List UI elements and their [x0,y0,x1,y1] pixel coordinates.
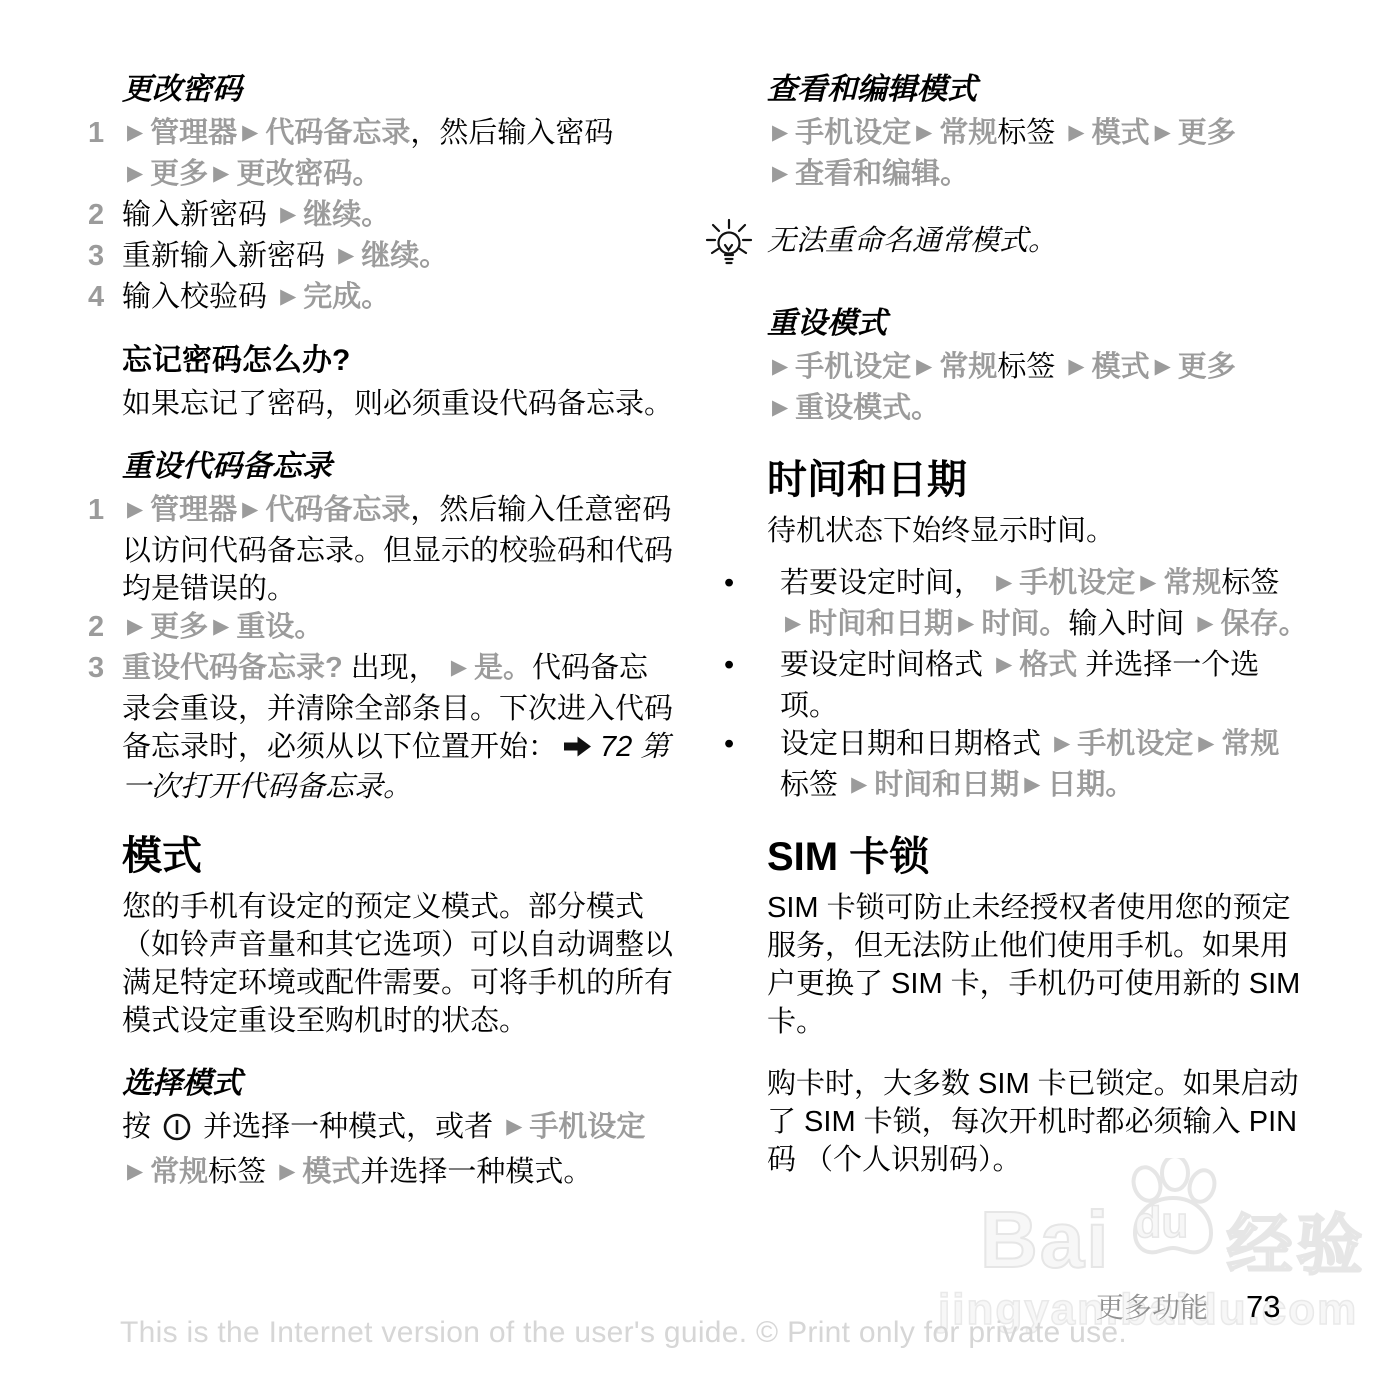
procedure-title: 重设模式 [767,306,1308,342]
menu-path-step: ▶日期。 [1019,769,1134,801]
menu-arrow-icon: ▶ [1155,355,1171,378]
step-number: 3 [88,237,104,275]
menu-item: 继续。 [361,240,448,272]
menu-item: 日期。 [1047,769,1134,801]
paragraph: ▶手机设定▶常规标签 ▶模式▶更多▶查看和编辑。 [767,114,1308,196]
menu-path-step: ▶常规 [122,1156,208,1188]
procedure-title: 查看和编辑模式 [767,72,1308,108]
menu-arrow-icon: ▶ [1155,121,1171,144]
bullet-item: 要设定时间格式 ▶格式 并选择一个选项。 [708,646,1308,725]
menu-arrow-icon: ▶ [1024,773,1040,796]
step-number: 3 [88,649,104,687]
menu-item: 模式 [1092,351,1150,383]
menu-arrow-icon: ▶ [1140,571,1156,594]
step-item: 2输入新密码 ▶继续。 [88,196,676,237]
menu-arrow-icon: ▶ [280,285,296,308]
menu-arrow-icon: ▶ [506,1115,522,1138]
menu-arrow-icon: ▶ [127,121,143,144]
text-run: 设定日期和日期格式 [780,728,1049,760]
menu-arrow-icon: ▶ [916,121,932,144]
menu-path-step: ▶手机设定 [991,567,1135,599]
text-run: 输入校验码 [122,281,275,313]
paragraph: 按 并选择一种模式，或者 ▶手机设定▶常规标签 ▶模式并选择一种模式。 [122,1108,676,1194]
menu-path-step: ▶更多 [1150,117,1236,149]
menu-path-step: ▶时间和日期 [780,608,953,640]
section-title: 时间和日期 [767,456,1308,504]
menu-item: 模式 [1092,117,1150,149]
menu-arrow-icon: ▶ [127,1160,143,1183]
paragraph: ▶手机设定▶常规标签 ▶模式▶更多▶重设模式。 [767,348,1308,430]
menu-item: 查看和编辑。 [795,158,969,190]
text-run: 并选择一种模式，或者 [195,1111,501,1143]
menu-path-step: ▶更多 [1150,351,1236,383]
menu-path-step: ▶常规 [911,117,997,149]
menu-arrow-icon: ▶ [996,653,1012,676]
menu-item: 代码备忘录 [265,117,410,149]
text-run: 输入新密码 [122,199,275,231]
menu-path-step: ▶保存。 [1192,608,1307,640]
italic-text-run: 无法重命名通常模式。 [767,225,1057,257]
step-item: 3重设代码备忘录? 出现， ▶是。代码备忘录会重设，并清除全部条目。下次进入代码… [88,649,676,806]
step-item: 4输入校验码 ▶完成。 [88,278,676,319]
bullet-item: 设定日期和日期格式 ▶手机设定▶常规标签 ▶时间和日期▶日期。 [708,725,1308,807]
menu-path-step: ▶模式 [1063,117,1149,149]
menu-arrow-icon: ▶ [996,571,1012,594]
menu-path-step: ▶格式 [991,649,1077,681]
menu-item: 常规 [150,1156,208,1188]
watermark-brand-text: Bai [980,1194,1111,1286]
text-run: 标签 [780,769,846,801]
menu-path-step: ▶手机设定 [501,1111,645,1143]
menu-path-step: ▶模式 [274,1156,360,1188]
menu-arrow-icon: ▶ [916,355,932,378]
menu-path-step: ▶完成。 [275,281,390,313]
menu-path-step: ▶代码备忘录 [237,494,410,526]
menu-item: 时间。 [981,608,1068,640]
menu-item: 时间和日期 [874,769,1019,801]
text-run: 出现， [343,652,446,684]
section-title: 模式 [122,832,676,880]
menu-path-step: ▶更多 [122,611,208,643]
step-number: 2 [88,196,104,234]
menu-item: 重设代码备忘录? [122,652,343,684]
numbered-steps: 1▶管理器▶代码备忘录，然后输入任意密码以访问代码备忘录。但显示的校验码和代码均… [88,491,676,806]
menu-path-step: ▶模式 [1063,351,1149,383]
menu-item: 手机设定 [795,351,911,383]
step-item: 3重新输入新密码 ▶继续。 [88,237,676,278]
left-column: 更改密码1▶管理器▶代码备忘录，然后输入密码 ▶更多▶更改密码。2输入新密码 ▶… [88,72,676,1194]
menu-arrow-icon: ▶ [279,1160,295,1183]
menu-path-step: ▶是。 [446,652,532,684]
subsection-title: 忘记密码怎么办? [122,343,676,379]
menu-path-step: ▶管理器 [122,494,237,526]
menu-arrow-icon: ▶ [772,396,788,419]
watermark-brand-cn: 经验 [1227,1192,1367,1287]
text-run: 您的手机有设定的预定义模式。部分模式 （如铃声音量和其它选项）可以自动调整以满足… [122,891,673,1037]
menu-arrow-icon: ▶ [127,498,143,521]
procedure-title: 重设代码备忘录 [122,449,676,485]
menu-arrow-icon: ▶ [1197,612,1213,635]
menu-item: 手机设定 [529,1111,645,1143]
menu-item: 常规 [939,117,997,149]
menu-path-step: ▶重设模式。 [767,392,940,424]
section-title: SIM 卡锁 [767,833,1308,881]
watermark-brand-text-du: du [1135,1198,1189,1248]
menu-arrow-icon: ▶ [772,121,788,144]
text-run: 如果忘记了密码，则必须重设代码备忘录。 [122,388,673,420]
menu-item: 手机设定 [795,117,911,149]
menu-item: 完成。 [303,281,390,313]
menu-item: 更多 [150,611,208,643]
power-key-icon [162,1109,192,1153]
text-run: 标签 [1221,567,1279,599]
text-run: 标签 [997,117,1063,149]
see-also-arrow-icon [563,730,592,768]
menu-path-step: ▶代码备忘录 [237,117,410,149]
text-run: 并选择一种模式。 [360,1156,592,1188]
menu-path-step: ▶时间和日期 [846,769,1019,801]
menu-item: 管理器 [150,117,237,149]
menu-path-step: ▶手机设定 [1049,728,1193,760]
menu-arrow-icon: ▶ [772,162,788,185]
menu-path-step: ▶继续。 [333,240,448,272]
step-item: 2▶更多▶重设。 [88,608,676,649]
paragraph: 您的手机有设定的预定义模式。部分模式 （如铃声音量和其它选项）可以自动调整以满足… [122,888,676,1040]
menu-path-step: ▶手机设定 [767,351,911,383]
menu-item: 继续。 [303,199,390,231]
menu-arrow-icon: ▶ [851,773,867,796]
menu-arrow-icon: ▶ [958,612,974,635]
menu-item: 格式 [1019,649,1077,681]
text-run: 若要设定时间， [780,567,991,599]
text-run: 输入时间 [1068,608,1192,640]
step-number: 2 [88,608,104,646]
menu-item: 重设模式。 [795,392,940,424]
procedure-title: 更改密码 [122,72,676,108]
menu-item: 保存。 [1221,608,1308,640]
menu-arrow-icon: ▶ [772,355,788,378]
paragraph: 如果忘记了密码，则必须重设代码备忘录。 [122,385,676,423]
menu-arrow-icon: ▶ [785,612,801,635]
menu-path-step: ▶常规 [911,351,997,383]
menu-item: 代码备忘录 [265,494,410,526]
menu-arrow-icon: ▶ [242,498,258,521]
step-number: 1 [88,491,104,529]
menu-item: 重设。 [236,611,323,643]
menu-arrow-icon: ▶ [242,121,258,144]
menu-path-step: ▶查看和编辑。 [767,158,969,190]
bullet-item: 若要设定时间， ▶手机设定▶常规标签 ▶时间和日期▶时间。输入时间 ▶保存。 [708,564,1308,646]
manual-page: 更改密码1▶管理器▶代码备忘录，然后输入密码 ▶更多▶更改密码。2输入新密码 ▶… [0,0,1384,1384]
right-column: 查看和编辑模式▶手机设定▶常规标签 ▶模式▶更多▶查看和编辑。无法重命名通常模式… [708,72,1308,1179]
text-run: 标签 [997,351,1063,383]
menu-item: 管理器 [150,494,237,526]
menu-arrow-icon: ▶ [127,162,143,185]
menu-arrow-icon: ▶ [213,162,229,185]
text-run: 购卡时，大多数 SIM 卡已锁定。如果启动了 SIM 卡锁，每次开机时都必须输入… [767,1068,1299,1176]
paragraph: SIM 卡锁可防止未经授权者使用您的预定服务，但无法防止他们使用手机。如果用户更… [767,889,1308,1041]
menu-path-step: ▶管理器 [122,117,237,149]
menu-path-step: ▶更多 [122,158,208,190]
bullet-list: 若要设定时间， ▶手机设定▶常规标签 ▶时间和日期▶时间。输入时间 ▶保存。要设… [708,564,1308,807]
text-run: 待机状态下始终显示时间。 [767,515,1115,547]
text-run: ，然后输入密码 [410,117,613,149]
menu-path-step: ▶重设。 [208,611,323,643]
menu-item: 常规 [939,351,997,383]
menu-path-step: ▶常规 [1135,567,1221,599]
text-run: 标签 [208,1156,274,1188]
menu-path-step: ▶手机设定 [767,117,911,149]
menu-item: 是。 [474,652,532,684]
step-item: 1▶管理器▶代码备忘录，然后输入任意密码以访问代码备忘录。但显示的校验码和代码均… [88,491,676,608]
text-run: 按 [122,1111,159,1143]
menu-path-step: ▶常规 [1193,728,1279,760]
menu-path-step: ▶更改密码。 [208,158,381,190]
tip-note: 无法重命名通常模式。 [708,222,1308,280]
procedure-title: 选择模式 [122,1066,676,1102]
watermark-logo-row: Bai du 经验 [980,1192,1367,1287]
menu-item: 更多 [1178,117,1236,149]
menu-item: 更多 [150,158,208,190]
menu-item: 更改密码。 [236,158,381,190]
menu-arrow-icon: ▶ [127,615,143,638]
menu-item: 手机设定 [1077,728,1193,760]
menu-item: 常规 [1221,728,1279,760]
tip-lightbulb-icon [702,216,756,284]
menu-arrow-icon: ▶ [451,656,467,679]
menu-arrow-icon: ▶ [1054,732,1070,755]
paragraph: 待机状态下始终显示时间。 [767,512,1308,550]
page-number: 73 [1246,1289,1280,1325]
copyright-notice: This is the Internet version of the user… [120,1316,1127,1350]
tip-text: 无法重命名通常模式。 [767,225,1057,257]
step-item: 1▶管理器▶代码备忘录，然后输入密码 ▶更多▶更改密码。 [88,114,676,196]
menu-arrow-icon: ▶ [1068,121,1084,144]
menu-arrow-icon: ▶ [1198,732,1214,755]
menu-arrow-icon: ▶ [338,244,354,267]
numbered-steps: 1▶管理器▶代码备忘录，然后输入密码 ▶更多▶更改密码。2输入新密码 ▶继续。3… [88,114,676,319]
menu-arrow-icon: ▶ [213,615,229,638]
menu-path-step: ▶继续。 [275,199,390,231]
step-number: 4 [88,278,104,316]
text-run: 重新输入新密码 [122,240,333,272]
menu-item: 常规 [1163,567,1221,599]
menu-item: 手机设定 [1019,567,1135,599]
paragraph: 购卡时，大多数 SIM 卡已锁定。如果启动了 SIM 卡锁，每次开机时都必须输入… [767,1065,1308,1179]
menu-path-step: ▶时间。 [953,608,1068,640]
text-run: 要设定时间格式 [780,649,991,681]
menu-item: 模式 [302,1156,360,1188]
menu-item: 更多 [1178,351,1236,383]
menu-arrow-icon: ▶ [1068,355,1084,378]
text-run: SIM 卡锁可防止未经授权者使用您的预定服务，但无法防止他们使用手机。如果用户更… [767,892,1300,1038]
menu-arrow-icon: ▶ [280,203,296,226]
menu-item: 时间和日期 [808,608,953,640]
step-number: 1 [88,114,104,152]
